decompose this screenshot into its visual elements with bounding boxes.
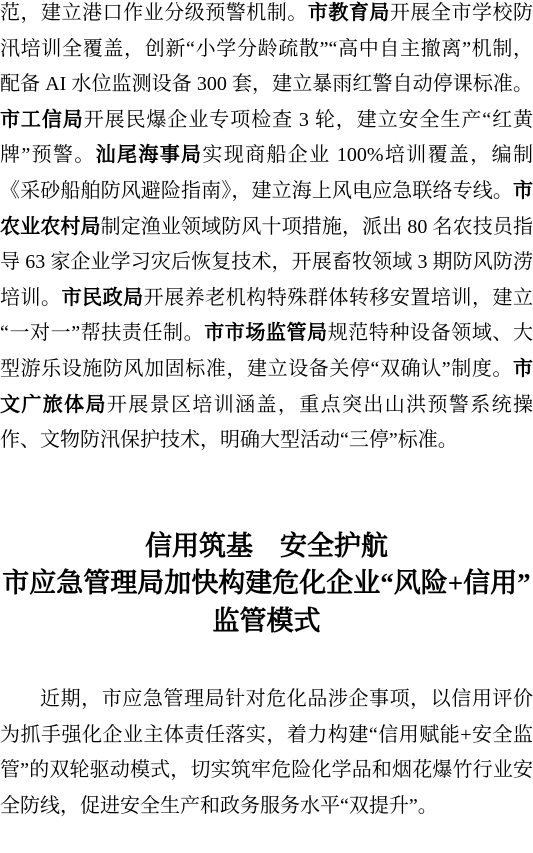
- department-name: 市教育局: [308, 2, 390, 24]
- title-line-3: 监管模式: [0, 603, 533, 641]
- department-name: 市工信局: [0, 109, 84, 131]
- title-line-1: 信用筑基 安全护航: [0, 528, 533, 566]
- department-name: 市民政局: [62, 287, 144, 309]
- department-name: 市市场监管局: [204, 322, 328, 344]
- department-name: 汕尾海事局: [96, 144, 203, 166]
- body-text: 范，建立港口作业分级预警机制。: [0, 2, 308, 24]
- document-page: 范，建立港口作业分级预警机制。市教育局开展全市学校防汛培训全覆盖，创新“小学分龄…: [0, 0, 533, 849]
- article-title: 信用筑基 安全护航 市应急管理局加快构建危化企业“风险+信用” 监管模式: [0, 528, 533, 641]
- title-line-2: 市应急管理局加快构建危化企业“风险+信用”: [0, 565, 533, 603]
- paragraph-credit-supervision: 近期，市应急管理局针对危化品涉企事项，以信用评价为抓手强化企业主体责任落实，着力…: [0, 682, 533, 824]
- paragraph-flood-training: 范，建立港口作业分级预警机制。市教育局开展全市学校防汛培训全覆盖，创新“小学分龄…: [0, 0, 533, 459]
